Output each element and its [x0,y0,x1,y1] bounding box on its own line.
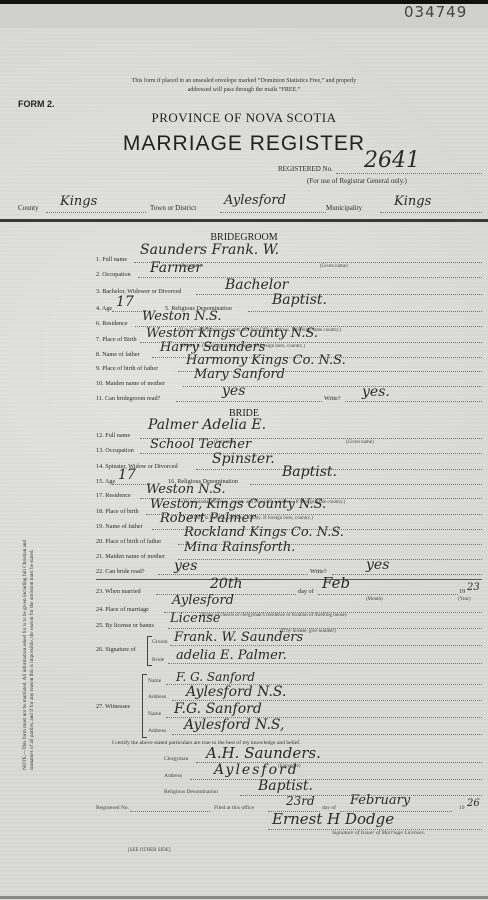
witness1-name-label: Name [148,678,161,684]
groom-age-label: 4. Age [96,305,112,312]
filed-month-value: February [350,793,410,808]
bride-signature-line [168,663,482,664]
municipality-label: Municipality [326,204,362,212]
witness2-address-label: Address [148,728,166,734]
filed-label: Filed at this office [214,805,254,811]
county-value: Kings [60,194,97,209]
groom-write-label: Write? [324,395,341,402]
bride-write-line [332,574,482,575]
filed-year-value: 26 [467,798,480,809]
year-prefix: 19 [459,588,465,595]
witness2-name-label: Name [148,711,161,717]
groom-birthplace-label: 7. Place of Birth [96,336,137,343]
bride-age-line [112,484,150,485]
groom-occupation-value: Farmer [150,260,202,276]
bride-father-label: 19. Name of father [96,523,143,530]
clergy-address-line [190,779,482,780]
bride-status-label: 14. Spinster, Widow or Divorced [96,463,178,470]
witnesses-brace [142,674,147,738]
stamp-number: 034749 [404,3,467,21]
when-married-label: 23. When married [96,588,141,595]
header-divider [0,219,488,222]
groom-label: Groom [152,639,168,645]
groom-father-birthplace-value: Harmony Kings Co. N.S. [186,353,346,368]
groom-write-value: yes. [362,384,390,400]
office-registered-no-label: Registered No. [96,805,129,811]
groom-birthplace-value: Weston Kings County N.S. [146,326,318,341]
bride-read-label: 22. Can bride read? [96,568,144,575]
province-title: PROVINCE OF NOVA SCOTIA [0,110,488,126]
office-registered-no-line [130,811,210,812]
witness2-name: F.G. Sanford [174,701,262,717]
groom-fullname-value: Saunders Frank. W. [140,242,279,258]
issuer-signature: Ernest H Dodge [272,810,394,828]
groom-residence-value: Weston N.S. [142,309,221,324]
clergy-denomination-label: Religious Denomination [164,789,218,795]
registrar-note: (For use of Registrar General only.) [307,177,407,185]
bride-mother-value: Mina Rainsforth. [184,540,295,555]
groom-occupation-line [138,277,482,278]
bride-read-value: yes [174,558,197,574]
marriage-day-value: 20th [210,576,242,592]
groom-father-birthplace-label: 9. Place of birth of father [96,365,158,372]
clergyman-signature: A.H. Saunders. [206,744,321,762]
bride-occupation-line [140,453,482,454]
registered-no-line [336,173,482,174]
bride-occupation-label: 13. Occupation [96,447,134,454]
place-of-marriage-value: Aylesford [172,593,234,608]
license-value: License [170,611,221,626]
bride-read-line [158,574,308,575]
groom-read-value: yes [222,383,245,399]
side-note-line2: surnames of all parties, and if for any … [29,330,36,770]
groom-status-line [196,294,482,295]
groom-mother-label: 10. Maiden name of mother [96,380,165,387]
marriage-month-value: Feb [322,574,350,592]
clergy-denomination-value: Baptist. [258,778,313,794]
town-value: Aylesford [224,193,286,208]
groom-fullname-label: 1. Full name [96,256,127,263]
bride-mother-line [178,559,482,560]
groom-religion-line [248,311,482,312]
bride-residence-label: 17. Residence [96,492,131,499]
municipality-line [380,212,482,213]
witness1-address: Aylesford N.S. [186,684,286,700]
month-line [318,594,458,595]
side-note-line1: NOTE.—This form must not be mutilated. A… [22,330,29,770]
witness1-name: F. G. Sanford [176,670,255,684]
groom-read-line [176,401,322,402]
registered-no-label: REGISTERED No. [278,165,333,173]
groom-father-label: 8. Name of father [96,351,140,358]
bride-occupation-value: School Teacher [150,437,251,452]
side-note: NOTE.—This form must not be mutilated. A… [22,330,36,770]
license-label: 25. By license or banns [96,622,154,629]
filed-day-value: 23rd [286,794,315,808]
form-label: FORM 2. [18,99,55,109]
registered-no-value: 2641 [364,148,420,173]
bride-residence-value: Weston N.S. [146,482,225,497]
groom-given-hint: (Given name) [320,264,348,269]
town-label: Town or District [150,204,196,212]
county-label: County [18,204,39,212]
signature-of-label: 26. Signature of [96,646,136,653]
place-hint: (Name of church or clergyman’s residence… [200,613,347,618]
bride-father-value: Robert Palmer [160,511,256,526]
bride-mother-label: 21. Maiden name of mother [96,553,165,560]
groom-read-label: 11. Can bridegroom read? [96,395,160,402]
bride-signature: adelia E. Palmer. [176,648,287,663]
bride-write-value: yes [366,557,389,573]
bride-religion-line [250,484,482,485]
town-line [220,212,326,213]
bride-religion-value: Baptist. [282,464,337,480]
witness1-address-label: Address [148,694,166,700]
witnesses-label: 27. Witnesses [96,703,130,710]
bride-status-value: Spinster. [212,451,275,467]
year-hint: (Year) [458,597,471,602]
groom-occupation-label: 2. Occupation [96,271,131,278]
bride-birthplace-value: Weston, Kings County N.S. [150,497,326,512]
place-of-marriage-label: 24. Place of marriage [96,606,149,613]
groom-residence-label: 6. Residence [96,320,128,327]
witness2-address: Aylesford N.S, [184,717,284,733]
groom-signature-line [170,645,482,646]
bride-age-value: 17 [118,467,136,483]
day-of-label: day of [298,588,314,595]
municipality-value: Kings [394,194,431,209]
bride-birthplace-label: 18. Place of birth [96,508,139,515]
bride-status-line [196,469,482,470]
clergy-address-value: Aylesford [214,762,299,778]
groom-mother-value: Mary Sanford [194,367,285,382]
groom-religion-value: Baptist. [272,292,327,308]
marriage-year-value: 23 [467,582,480,593]
filed-year-prefix: 19 [459,805,465,811]
scan-bottom-edge [0,896,488,899]
issuer-hint: Signature of Issuer of Marriage Licenses… [332,830,425,836]
bride-father-birthplace-value: Rockland Kings Co. N.S. [184,525,344,540]
groom-status-label: 3. Bachelor, Widower or Divorced [96,288,181,295]
marriage-divider [96,579,482,580]
bride-given-hint: (Given name) [346,440,374,445]
county-line [46,212,146,213]
mail-notice-line1: This form if placed in an unsealed envel… [0,78,488,84]
see-other-side: [SEE OTHER SIDE] [128,848,171,853]
groom-signature: Frank. W. Saunders [174,630,303,645]
groom-write-line [345,401,482,402]
marriage-register-page: 034749 This form if placed in an unseale… [0,0,488,900]
bride-label: Bride [152,657,164,663]
clergy-address-label: Address [164,773,182,779]
mail-notice-line2: addressed will pass through the mails “F… [0,87,488,93]
bride-fullname-value: Palmer Adelia E. [148,417,266,433]
bride-father-birthplace-label: 20. Place of birth of father [96,538,161,545]
groom-status-value: Bachelor [225,277,288,293]
bride-fullname-label: 12. Full name [96,432,130,439]
clergyman-label: Clergyman [164,756,188,762]
witness2-address-line [172,734,482,735]
month-hint: (Month) [366,597,383,602]
groom-age-value: 17 [116,294,134,310]
